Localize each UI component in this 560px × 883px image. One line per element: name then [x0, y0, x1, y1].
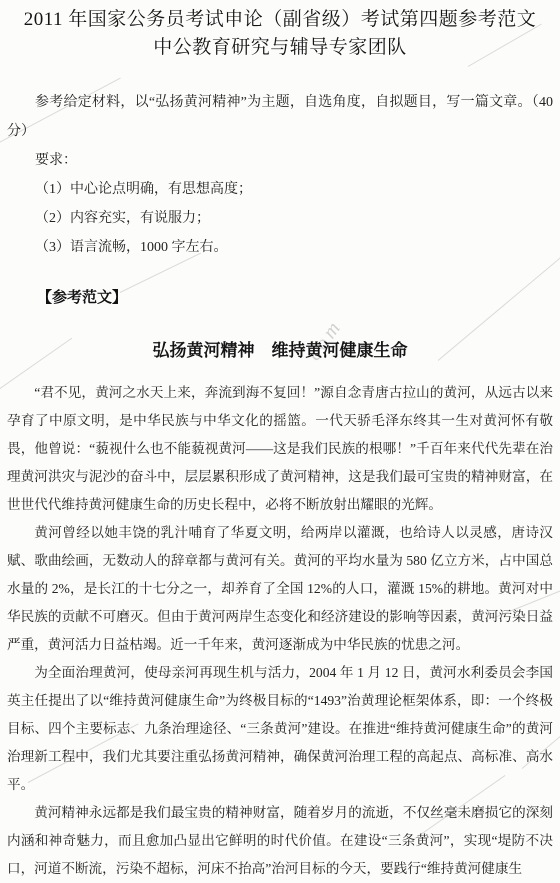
document-subtitle: 中公教育研究与辅导专家团队 [7, 34, 553, 62]
requirement-item-3: （3）语言流畅，1000 字左右。 [7, 233, 553, 262]
essay-paragraph: 黄河精神永远都是我们最宝贵的精神财富，随着岁月的流逝，不仅丝毫未磨损它的深刻内涵… [7, 799, 553, 883]
reference-essay-label: 【参考范文】 [7, 284, 553, 313]
requirement-item-1: （1）中心论点明确，有思想高度； [7, 175, 553, 204]
document-title: 2011 年国家公务员考试申论（副省级）考试第四题参考范文 [7, 6, 553, 34]
question-block: 参考给定材料，以“弘扬黄河精神”为主题，自选角度，自拟题目，写一篇文章。（40分… [7, 88, 553, 262]
requirements-label: 要求： [7, 146, 553, 175]
essay-paragraph: 黄河曾经以她丰饶的乳汁哺育了华夏文明，给两岸以灌溉，也给诗人以灵感，唐诗汉赋、歌… [7, 519, 553, 659]
requirement-item-2: （2）内容充实，有说服力； [7, 204, 553, 233]
essay-paragraph: “君不见，黄河之水天上来，奔流到海不复回！”源自念青唐古拉山的黄河，从远古以来孕… [7, 379, 553, 519]
document-title-block: 2011 年国家公务员考试申论（副省级）考试第四题参考范文 中公教育研究与辅导专… [7, 6, 553, 62]
document-content: 2011 年国家公务员考试申论（副省级）考试第四题参考范文 中公教育研究与辅导专… [0, 0, 560, 883]
essay-title: 弘扬黄河精神 维持黄河健康生命 [7, 337, 553, 365]
question-prompt: 参考给定材料，以“弘扬黄河精神”为主题，自选角度，自拟题目，写一篇文章。（40分… [7, 88, 553, 146]
scanned-document-page: com 2011 年国家公务员考试申论（副省级）考试第四题参考范文 中公教育研究… [0, 0, 560, 883]
essay-paragraph: 为全面治理黄河，使母亲河再现生机与活力，2004 年 1 月 12 日，黄河水利… [7, 659, 553, 799]
essay-body: “君不见，黄河之水天上来，奔流到海不复回！”源自念青唐古拉山的黄河，从远古以来孕… [7, 379, 553, 883]
